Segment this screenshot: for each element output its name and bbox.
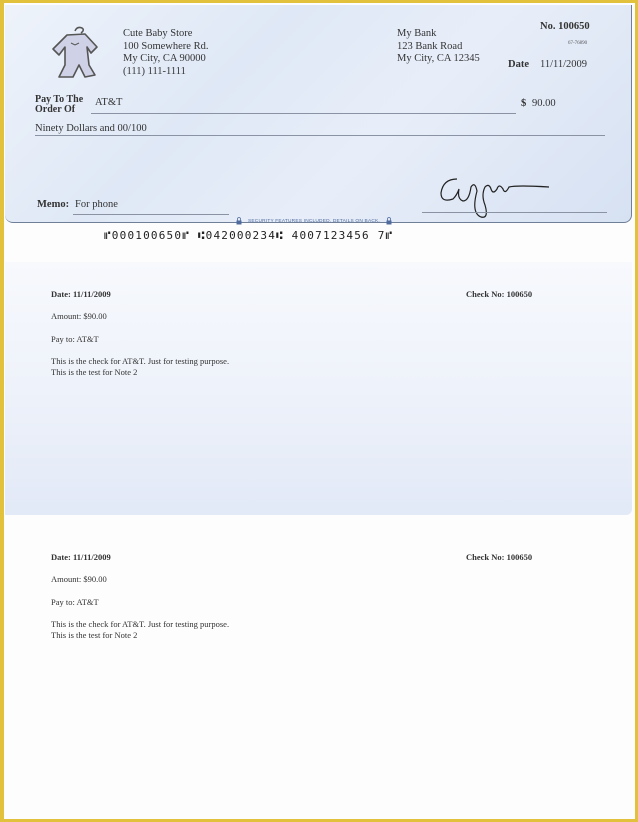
- payer-name: Cute Baby Store: [123, 28, 208, 41]
- stub1-note1: This is the check for AT&T. Just for tes…: [51, 356, 229, 367]
- stub2-amount: Amount: $90.00: [51, 574, 107, 585]
- stub1-pay-to: Pay to: AT&T: [51, 334, 99, 345]
- stub2-note1: This is the check for AT&T. Just for tes…: [51, 619, 229, 630]
- padlock-icon: [236, 217, 242, 225]
- pay-to-label: Pay To The Order Of: [35, 95, 83, 115]
- stub2-note2: This is the test for Note 2: [51, 630, 137, 641]
- payer-address-line1: 100 Somewhere Rd.: [123, 41, 208, 54]
- payee-name: AT&T: [95, 97, 122, 108]
- payer-address-line2: My City, CA 90000: [123, 53, 208, 66]
- check-number: No. 100650: [540, 21, 590, 32]
- signature-line: [422, 212, 607, 213]
- date-label: Date: [508, 59, 529, 70]
- security-notice: SECURITY FEATURES INCLUDED. DETAILS ON B…: [236, 217, 392, 225]
- memo-label: Memo:: [37, 199, 69, 212]
- baby-onesie-icon: [45, 25, 109, 83]
- amount-words-line: [35, 135, 605, 136]
- stub1-check-number: Check No: 100650: [466, 289, 532, 300]
- amount-numeric: 90.00: [532, 98, 556, 109]
- amount-words: Ninety Dollars and 00/100: [35, 123, 147, 134]
- signature: [435, 171, 585, 221]
- memo-line: [73, 214, 229, 215]
- stub2-date: Date: 11/11/2009: [51, 552, 111, 563]
- bank-address-line1: 123 Bank Road: [397, 41, 480, 54]
- payer-address-block: Cute Baby Store 100 Somewhere Rd. My Cit…: [123, 28, 208, 78]
- stub1-amount: Amount: $90.00: [51, 311, 107, 322]
- stub2-check-number: Check No: 100650: [466, 552, 532, 563]
- security-notice-text: SECURITY FEATURES INCLUDED. DETAILS ON B…: [248, 219, 380, 224]
- stub2-pay-to: Pay to: AT&T: [51, 597, 99, 608]
- payee-line: [91, 113, 516, 114]
- memo-value: For phone: [75, 199, 118, 212]
- pay-to-label-line2: Order Of: [35, 105, 83, 115]
- micr-line: ⑈000100650⑈ ⑆042000234⑆ 4007123456 7⑈: [104, 229, 393, 242]
- bank-address-block: My Bank 123 Bank Road My City, CA 12345: [397, 28, 480, 66]
- dollar-sign: $: [521, 98, 526, 109]
- bank-address-line2: My City, CA 12345: [397, 53, 480, 66]
- padlock-icon: [386, 217, 392, 225]
- routing-fraction: 67-76890: [568, 41, 587, 46]
- bank-name: My Bank: [397, 28, 480, 41]
- date-value: 11/11/2009: [540, 59, 587, 70]
- payer-phone: (111) 111-1111: [123, 66, 208, 79]
- check: Cute Baby Store 100 Somewhere Rd. My Cit…: [5, 5, 632, 223]
- stub1-note2: This is the test for Note 2: [51, 367, 137, 378]
- stub1-date: Date: 11/11/2009: [51, 289, 111, 300]
